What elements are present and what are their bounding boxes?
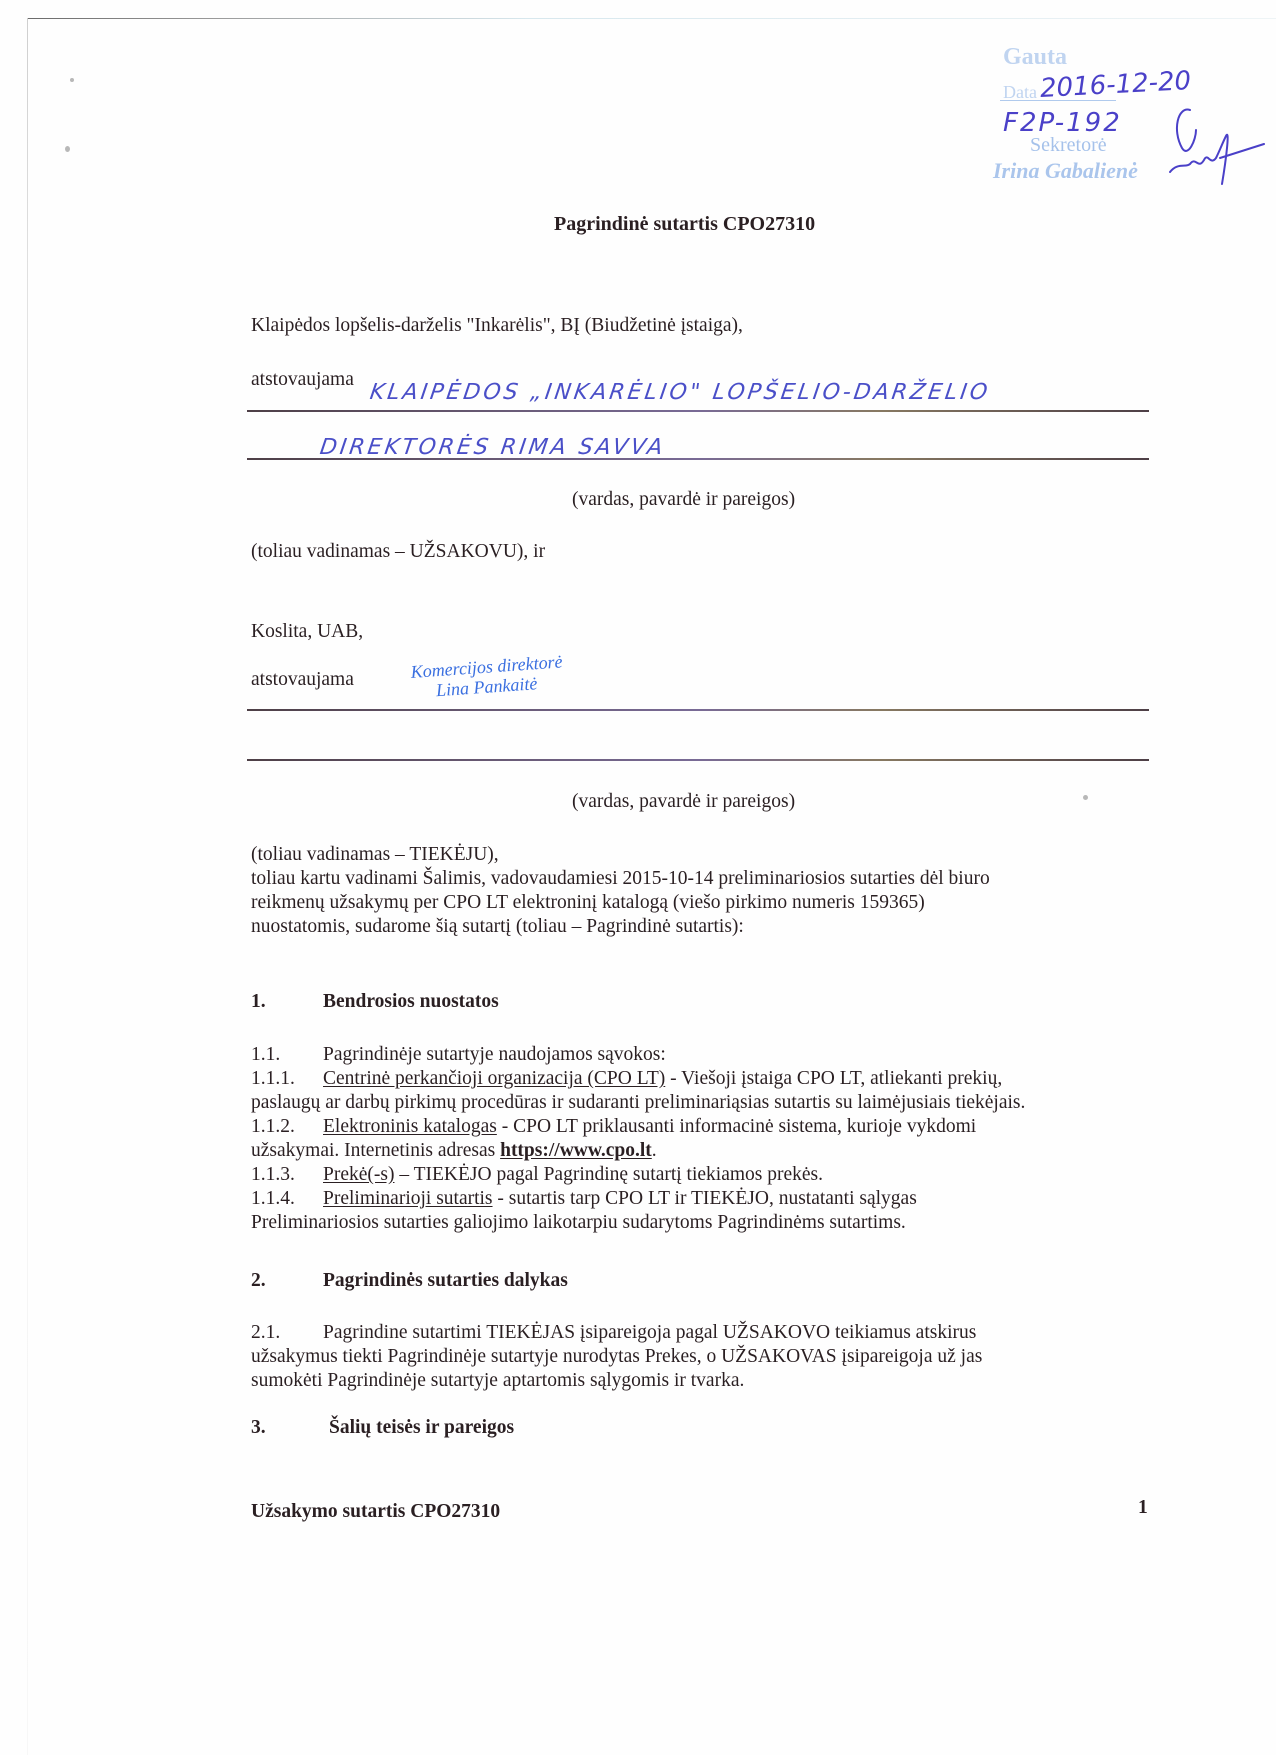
handwritten-date: 2016-12-20	[1039, 66, 1191, 104]
scan-speck	[70, 78, 74, 82]
clause-continuation: sumokėti Pagrindinėje sutartyje aptartom…	[251, 1369, 744, 1393]
clause-number: 1.1.4.	[251, 1187, 323, 1211]
supplier-represented-label: atstovaujama	[251, 668, 354, 692]
supplier-alias: (toliau vadinamas – TIEKĖJU),	[251, 843, 499, 867]
clause-number: 2.1.	[251, 1321, 323, 1345]
signature-line	[247, 709, 1149, 711]
supplier-name: Koslita, UAB,	[251, 620, 363, 644]
clause-continuation: užsakymai. Internetinis adresas https://…	[251, 1139, 657, 1163]
clause-continuation: užsakymus tiekti Pagrindinėje sutartyje …	[251, 1345, 982, 1369]
signature-line	[247, 410, 1149, 412]
cpo-website-link[interactable]: https://www.cpo.lt	[500, 1140, 652, 1161]
section-heading: 1.Bendrosios nuostatos	[251, 990, 499, 1014]
clause-number: 1.1.2.	[251, 1115, 323, 1139]
clause-text: Pagrindinėje sutartyje naudojamos sąvoko…	[323, 1044, 666, 1065]
signature-icon	[1160, 100, 1270, 190]
clause-text: Pagrindine sutartimi TIEKĖJAS įsipareigo…	[323, 1322, 976, 1343]
footer-title: Užsakymo sutartis CPO27310	[251, 1500, 500, 1524]
stamp-received-label: Gauta	[1003, 44, 1067, 71]
section-title: Pagrindinės sutarties dalykas	[323, 1270, 568, 1291]
preamble-line: reikmenų užsakymų per CPO LT elektroninį…	[251, 891, 925, 915]
signature-line	[247, 759, 1149, 761]
clause: 1.1.Pagrindinėje sutartyje naudojamos są…	[251, 1043, 666, 1067]
stamp-role: Sekretorė	[1030, 134, 1107, 157]
clause: 1.1.2.Elektroninis katalogas - CPO LT pr…	[251, 1115, 976, 1139]
preamble-line: toliau kartu vadinami Šalimis, vadovauda…	[251, 867, 990, 891]
supplier-caption: (vardas, pavardė ir pareigos)	[572, 790, 795, 814]
customer-representative-handwriting-line1: KLAIPĖDOS „INKARĖLIO" LOPŠELIO-DARŽELIO	[368, 380, 992, 405]
customer-name: Klaipėdos lopšelis-darželis "Inkarėlis",…	[251, 314, 743, 338]
clause-text: užsakymai. Internetinis adresas	[251, 1140, 500, 1161]
customer-represented-label: atstovaujama	[251, 368, 354, 392]
clause: 1.1.3.Prekė(-s) – TIEKĖJO pagal Pagrindi…	[251, 1163, 823, 1187]
scan-speck	[1083, 795, 1088, 800]
supplier-representative-stamp: Komercijos direktorė Lina Pankaitė	[410, 651, 565, 702]
preamble-line: nuostatomis, sudarome šią sutartį (tolia…	[251, 915, 744, 939]
customer-caption: (vardas, pavardė ir pareigos)	[572, 488, 795, 512]
clause-term: Prekė(-s)	[323, 1164, 394, 1185]
clause-text: - CPO LT priklausanti informacinė sistem…	[497, 1116, 976, 1137]
clause-continuation: Preliminariosios sutarties galiojimo lai…	[251, 1211, 906, 1235]
clause-continuation: paslaugų ar darbų pirkimų procedūras ir …	[251, 1091, 1025, 1115]
clause-term: Centrinė perkančioji organizacija (CPO L…	[323, 1068, 665, 1089]
page-number: 1	[1138, 1496, 1148, 1520]
clause-term: Elektroninis katalogas	[323, 1116, 497, 1137]
customer-alias: (toliau vadinamas – UŽSAKOVU), ir	[251, 540, 545, 564]
section-number: 1.	[251, 990, 323, 1014]
page-edge	[27, 18, 28, 1755]
clause-text: - sutartis tarp CPO LT ir TIEKĖJO, nusta…	[493, 1188, 917, 1209]
section-number: 3.	[251, 1416, 329, 1440]
clause: 1.1.1.Centrinė perkančioji organizacija …	[251, 1067, 1002, 1091]
clause-text: – TIEKĖJO pagal Pagrindinę sutartį tieki…	[394, 1164, 823, 1185]
clause-text: - Viešoji įstaiga CPO LT, atliekanti pre…	[665, 1068, 1002, 1089]
section-heading: 2.Pagrindinės sutarties dalykas	[251, 1269, 568, 1293]
section-heading: 3.Šalių teisės ir pareigos	[251, 1416, 514, 1440]
signature-line	[247, 458, 1149, 460]
document-title: Pagrindinė sutartis CPO27310	[554, 212, 815, 236]
section-title: Bendrosios nuostatos	[323, 991, 499, 1012]
section-title: Šalių teisės ir pareigos	[329, 1417, 514, 1438]
clause-number: 1.1.	[251, 1043, 323, 1067]
clause: 1.1.4.Preliminarioji sutartis - sutartis…	[251, 1187, 917, 1211]
clause-term: Preliminarioji sutartis	[323, 1188, 493, 1209]
page-edge	[28, 18, 1276, 19]
section-number: 2.	[251, 1269, 323, 1293]
scan-speck	[65, 146, 70, 152]
clause-text: .	[652, 1140, 657, 1161]
clause-number: 1.1.3.	[251, 1163, 323, 1187]
customer-representative-handwriting-line2: DIREKTORĖS RIMA SAVVA	[318, 435, 667, 460]
clause: 2.1.Pagrindine sutartimi TIEKĖJAS įsipar…	[251, 1321, 976, 1345]
clause-number: 1.1.1.	[251, 1067, 323, 1091]
stamp-name: Irina Gabalienė	[993, 158, 1138, 184]
